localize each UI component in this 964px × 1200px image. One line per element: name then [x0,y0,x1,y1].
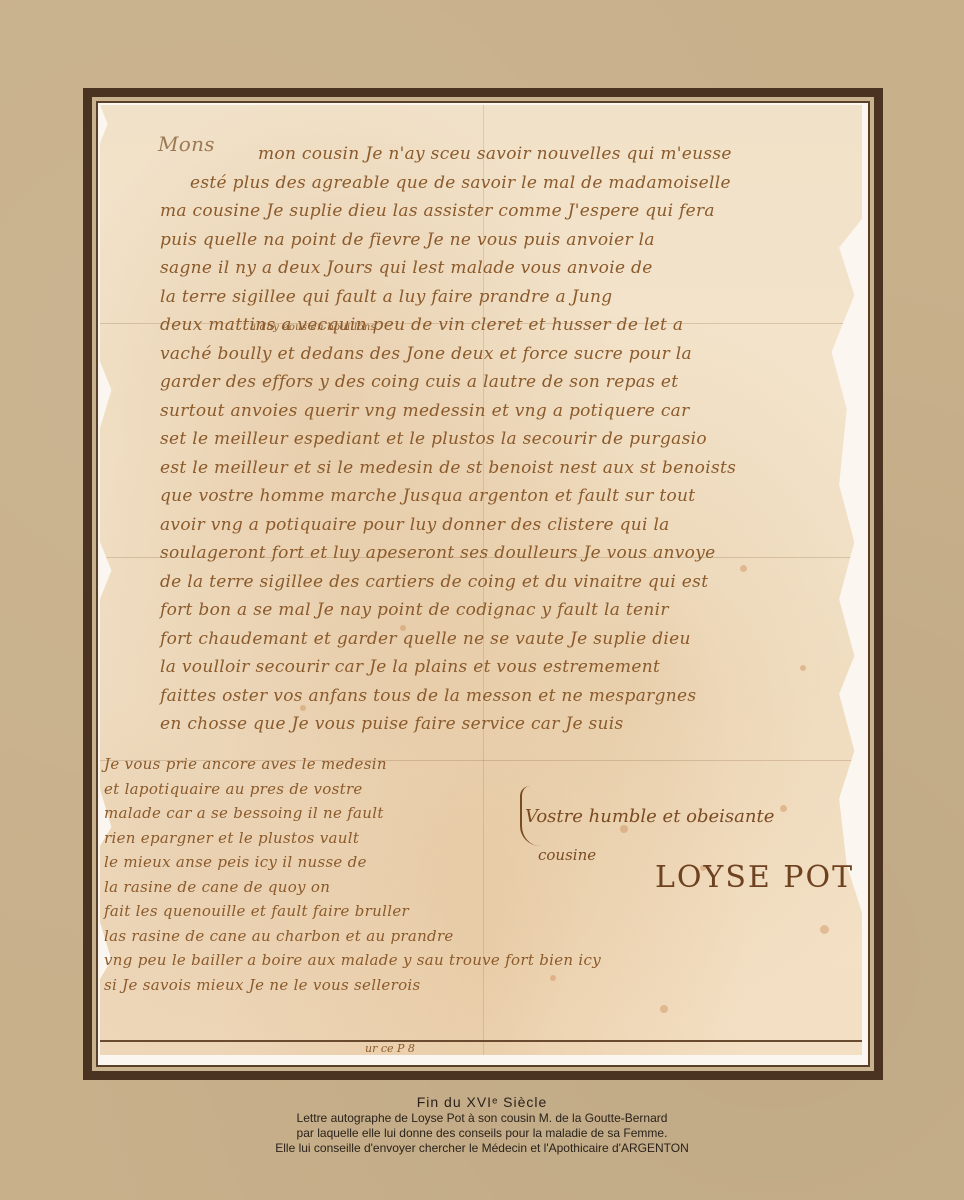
letter-line: sagne il ny a deux Jours qui lest malade… [160,254,736,283]
letter-line: la voulloir secourir car Je la plains et… [160,653,736,682]
letter-line: soulageront fort et luy apeseront ses do… [160,539,736,568]
postscript-line: fait les quenouille et fault faire brull… [104,899,601,924]
letter-line: surtout anvoies querir vng medessin et v… [160,397,736,426]
postscript-line: vng peu le bailler a boire aux malade y … [104,948,601,973]
letter-line: fort bon a se mal Je nay point de codign… [160,596,736,625]
postscript-line: si Je savois mieux Je ne le vous sellero… [104,973,601,998]
closing-text-2: cousine [538,846,596,864]
letter-line: est le meilleur et si le medesin de st b… [160,454,736,483]
closing-text: Vostre humble et obeisante [525,806,774,827]
letter-line: faittes oster vos anfans tous de la mess… [160,682,736,711]
letter-line: fort chaudemant et garder quelle ne se v… [160,625,736,654]
letter-line: deux mattins a vecquin peu de vin cleret… [160,311,736,340]
letter-line: ma cousine Je suplie dieu las assister c… [160,197,736,226]
letter-body: mon cousin Je n'ay sceu savoir nouvelles… [160,140,736,739]
letter-line: puis quelle na point de fievre Je ne vou… [160,226,736,255]
letter-line: de la terre sigillee des cartiers de coi… [160,568,736,597]
bottom-rule [100,1040,862,1042]
caption-line: Lettre autographe de Loyse Pot à son cou… [0,1111,964,1126]
letter-line: avoir vng a potiquaire pour luy donner d… [160,511,736,540]
caption: Fin du XVIᵉ Siècle Lettre autographe de … [0,1094,964,1156]
caption-line: Elle lui conseille d'envoyer chercher le… [0,1141,964,1156]
letter-line: garder des effors y des coing cuis a lau… [160,368,736,397]
letter-line: set le meilleur espediant et le plustos … [160,425,736,454]
caption-line: par laquelle elle lui donne des conseils… [0,1126,964,1141]
signature: LOYSE POT [655,860,854,895]
interlinear-note: a duy eous en bouillons [250,322,376,333]
postscript-line: las rasine de cane au charbon et au pran… [104,924,601,949]
letter-line: vaché boully et dedans des Jone deux et … [160,340,736,369]
postscript-line: le mieux anse peis icy il nusse de [104,850,601,875]
letter-line: la terre sigillee qui fault a luy faire … [160,283,736,312]
postscript-line: Je vous prie ancore aves le medesin [104,752,601,777]
letter-line: que vostre homme marche Jusqua argenton … [160,482,736,511]
caption-title: Fin du XVIᵉ Siècle [0,1094,964,1110]
letter-line: esté plus des agreable que de savoir le … [160,169,736,198]
letter-line: mon cousin Je n'ay sceu savoir nouvelles… [160,140,736,169]
postscript-line: la rasine de cane de quoy on [104,875,601,900]
bottom-mark: ur ce P 8 [365,1042,415,1055]
letter-line: en chosse que Je vous puise faire servic… [160,710,736,739]
